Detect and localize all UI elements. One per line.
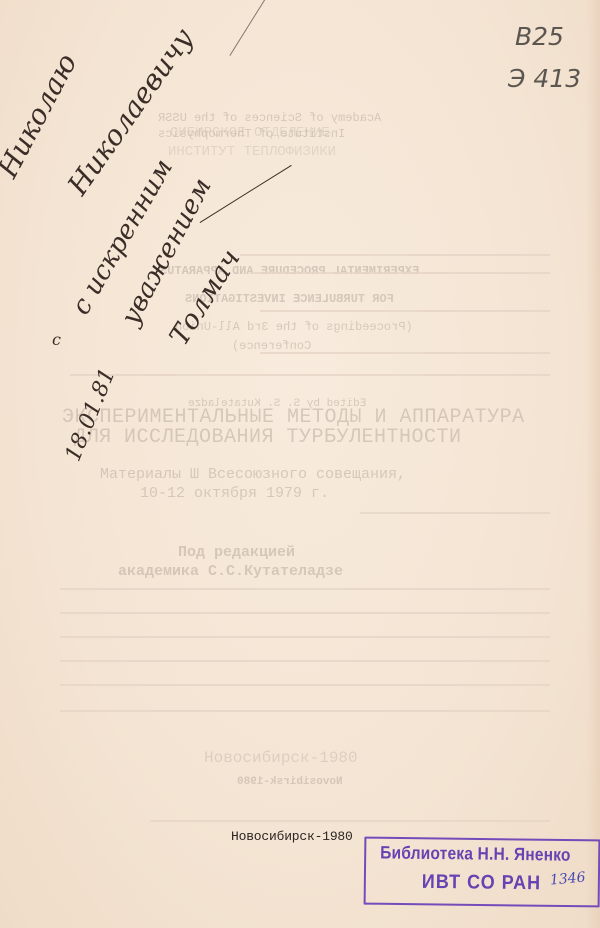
page-edge-shadow — [586, 0, 600, 928]
ghost-line — [150, 820, 550, 822]
ghost-title-ru-2: ДЛЯ ИССЛЕДОВАНИЯ ТУРБУЛЕНТНОСТИ — [74, 426, 462, 449]
ghost-editor-ru-2: академика С.С.Кутателадзе — [118, 563, 343, 580]
ghost-subtitle-en-1: (Proceedings of the 3rd All-Union — [175, 320, 413, 334]
ghost-line — [60, 710, 550, 712]
ghost-line — [260, 352, 550, 354]
ghost-line — [60, 612, 550, 614]
scanned-page: Academy of Sciences of the USSR Institut… — [0, 0, 600, 928]
ghost-line — [60, 684, 550, 686]
ghost-imprint-en: Novosibirsk-1980 — [237, 776, 343, 788]
ghost-line — [60, 660, 550, 662]
ghost-line — [240, 254, 550, 256]
shelf-mark-2: Э 413 — [508, 64, 581, 93]
ghost-line — [260, 310, 550, 312]
ghost-header-ru-1: СИБИРСКОЕ ОТДЕЛЕНИЕ — [170, 125, 330, 141]
ghost-line — [60, 588, 550, 590]
ghost-line — [360, 512, 550, 514]
imprint-city-year: Новосибирск-1980 — [231, 829, 353, 844]
ghost-header-en-1: Academy of Sciences of the USSR — [158, 111, 381, 125]
ghost-header-ru-2: ИНСТИТУТ ТЕПЛОФИЗИКИ — [168, 144, 336, 160]
ghost-subtitle-ru-2: 10-12 октября 1979 г. — [140, 485, 329, 502]
signature-flourish-top — [229, 0, 267, 56]
ghost-editor-ru-1: Под редакцией — [178, 544, 295, 561]
ghost-subtitle-ru-1: Материалы Ш Всесоюзного совещания, — [100, 466, 406, 483]
inscription-prefix: с — [52, 330, 61, 349]
inscription-line-1: Николаю — [0, 48, 83, 183]
stamp-line-1: Библиотека Н.Н. Яненко — [380, 843, 571, 866]
stamp-line-2: ИВТ СО РАН — [422, 870, 542, 895]
library-stamp: Библиотека Н.Н. Яненко ИВТ СО РАН 1346 — [364, 837, 600, 908]
ghost-line — [60, 636, 550, 638]
shelf-mark-1: В25 — [515, 22, 564, 51]
stamp-number: 1346 — [549, 869, 586, 888]
ghost-imprint-ru: Новосибирск-1980 — [204, 749, 358, 767]
ghost-line — [250, 272, 550, 274]
ghost-subtitle-en-2: Conference) — [232, 339, 311, 353]
ghost-line — [70, 374, 550, 376]
